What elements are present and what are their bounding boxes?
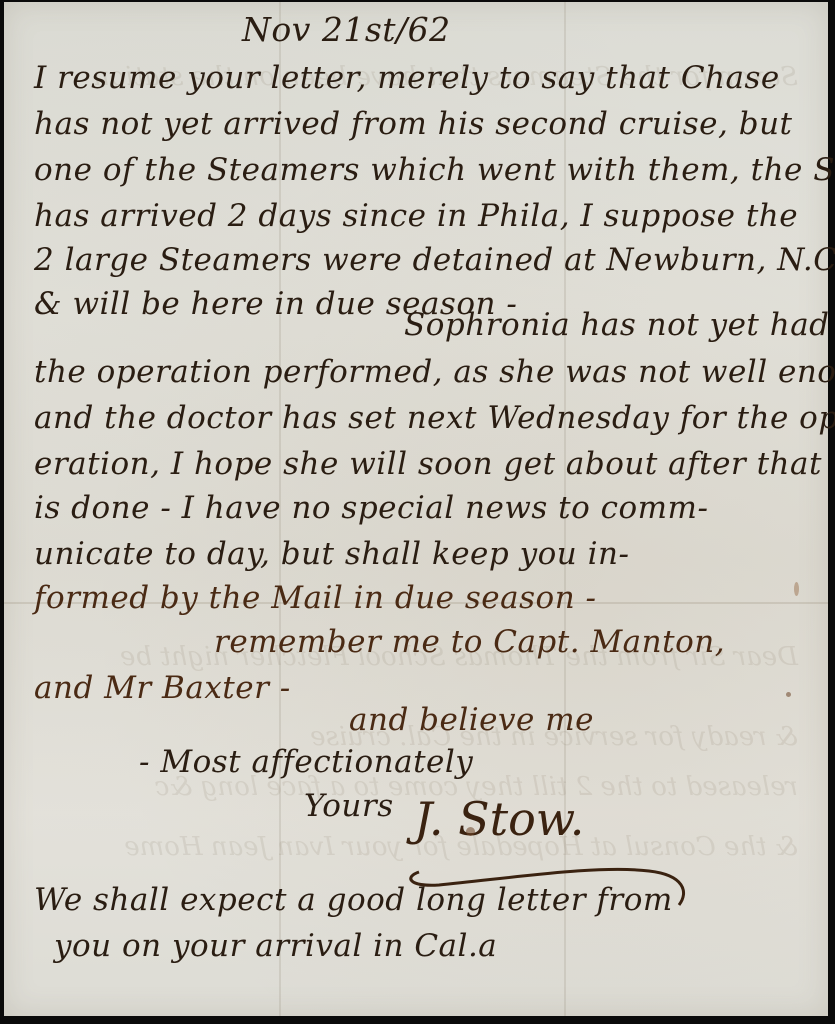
letter-date: Nov 21st/62 [242,10,451,49]
body-line: and Mr Baxter - [34,670,291,706]
ink-blot [786,692,791,697]
body-line: is done - I have no special news to comm… [34,490,708,526]
closing-line: - Most affectionately [139,744,473,780]
postscript-line: you on your arrival in Cal.a [54,928,497,964]
body-line: unicate to day, but shall keep you in- [34,536,629,572]
letter-page: Saxon for the Steamers that have been on… [4,2,828,1016]
body-line: I resume your letter, merely to say that… [34,60,780,96]
ink-blot [466,827,475,836]
body-line: eration, I hope she will soon get about … [34,446,822,482]
body-line: Sophronia has not yet had [404,307,830,343]
closing-line: Yours [304,788,394,824]
signature: J. Stow. [414,792,584,846]
postscript-line: We shall expect a good long letter from [34,882,673,918]
closing-line: and believe me [349,702,594,738]
body-line: 2 large Steamers were detained at Newbur… [34,242,835,278]
scan-frame: Saxon for the Steamers that have been on… [0,0,835,1024]
body-line: has arrived 2 days since in Phila, I sup… [34,198,798,234]
body-line: the operation performed, as she was not … [34,354,835,390]
body-line: remember me to Capt. Manton, [214,624,725,660]
ink-blot [794,582,799,596]
body-line: and the doctor has set next Wednesday fo… [34,400,835,436]
body-line: has not yet arrived from his second crui… [34,106,793,142]
body-line: one of the Steamers which went with them… [34,152,835,188]
body-line: formed by the Mail in due season - [34,580,596,616]
